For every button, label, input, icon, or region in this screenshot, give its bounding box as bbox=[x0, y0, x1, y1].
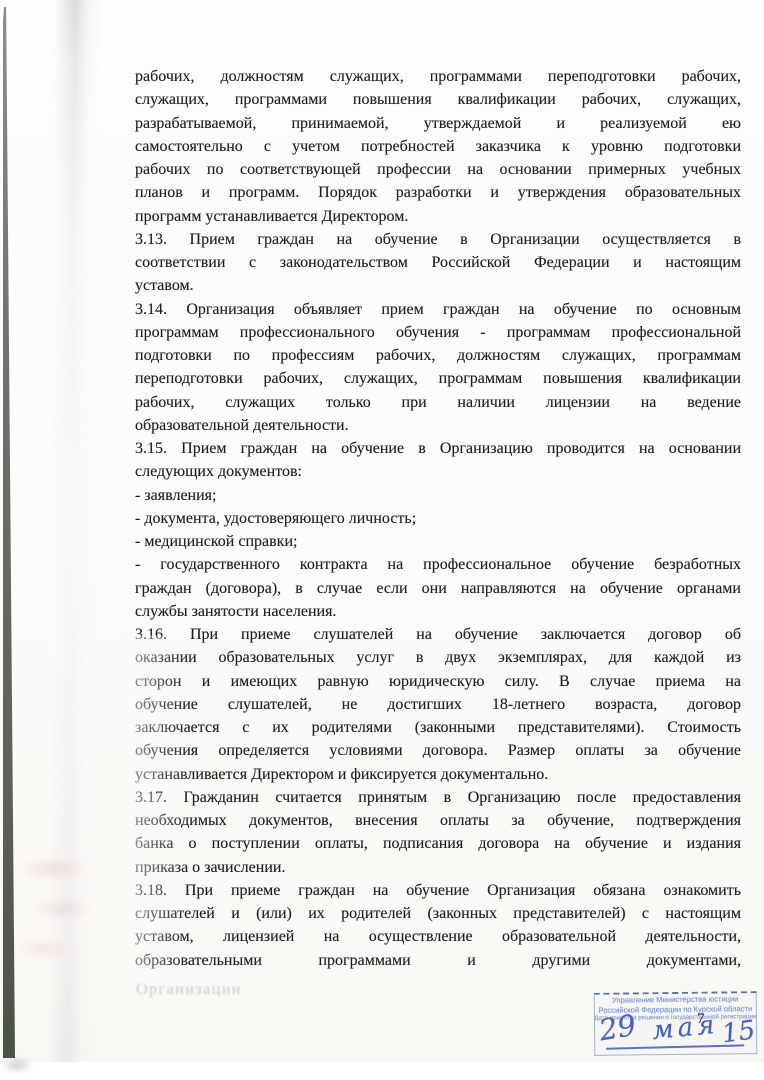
text-line: 3.13. Прием граждан на обучение в Органи… bbox=[135, 228, 741, 251]
text-line: - государственного контракта на професси… bbox=[135, 553, 741, 576]
text-line: переподготовки рабочих, служащих, програ… bbox=[135, 367, 741, 390]
registration-stamp: Управление Министерства юстиции Российск… bbox=[594, 991, 758, 1056]
document-text: рабочих, должностям служащих, программам… bbox=[135, 65, 741, 972]
scan-fade-overlay bbox=[128, 635, 190, 985]
text-line: 3.14. Организация объявляет прием гражда… bbox=[135, 298, 741, 321]
text-line: 3.18. При приеме граждан на обучение Орг… bbox=[135, 879, 741, 902]
text-line: сторон и имеющих равную юридическую силу… bbox=[135, 670, 741, 693]
text-line: программ устанавливается Директором. bbox=[135, 205, 741, 228]
text-line: необходимых документов, внесения оплаты … bbox=[135, 809, 741, 832]
text-line: 3.15. Прием граждан на обучение в Органи… bbox=[135, 437, 741, 460]
text-line: заключается с их родителями (законными п… bbox=[135, 716, 741, 739]
bleed-mark bbox=[18, 856, 88, 882]
scanned-document-view: рабочих, должностям служащих, программам… bbox=[0, 0, 764, 1080]
text-line: служащих, программами повышения квалифик… bbox=[135, 88, 741, 111]
text-line: граждан (договора), в случае если они на… bbox=[135, 577, 741, 600]
text-line: рабочих по соответствующей профессии на … bbox=[135, 158, 741, 181]
bleed-mark bbox=[30, 898, 92, 920]
handwritten-day: 29 bbox=[596, 1008, 638, 1048]
text-line: самостоятельно с учетом потребностей зак… bbox=[135, 135, 741, 158]
scan-bottom-smudge bbox=[0, 1056, 34, 1074]
text-line: устанавливается Директором и фиксируется… bbox=[135, 763, 741, 786]
text-line: рабочих, служащих только при наличии лиц… bbox=[135, 391, 741, 414]
bleed-mark bbox=[16, 938, 72, 960]
text-line: планов и программ. Порядок разработки и … bbox=[135, 181, 741, 204]
text-line: 3.16. При приеме слушателей на обучение … bbox=[135, 623, 741, 646]
text-line: рабочих, должностям служащих, программам… bbox=[135, 65, 741, 88]
text-line: программам профессионального обучения - … bbox=[135, 321, 741, 344]
page-number: 7 bbox=[697, 1011, 705, 1028]
text-line: слушателей и (или) их родителей (законны… bbox=[135, 902, 741, 925]
text-line: подготовки по профессиям рабочих, должно… bbox=[135, 344, 741, 367]
text-line: следующих документов: bbox=[135, 460, 741, 483]
text-line: образовательными программами и другими д… bbox=[135, 949, 741, 972]
text-line: - медицинской справки; bbox=[135, 530, 741, 553]
text-line: обучение слушателей, не достигших 18-лет… bbox=[135, 693, 741, 716]
text-line: уставом, лицензией на осуществление обра… bbox=[135, 925, 741, 948]
text-line: разрабатываемой, принимаемой, утверждаем… bbox=[135, 112, 741, 135]
text-line: - документа, удостоверяющего личность; bbox=[135, 507, 741, 530]
bleed-through-marks bbox=[12, 850, 112, 980]
text-line: оказании образовательных услуг в двух эк… bbox=[135, 646, 741, 669]
text-line: уставом. bbox=[135, 274, 741, 297]
text-line: службы занятости населения. bbox=[135, 600, 741, 623]
text-line: обучения определяется условиями договора… bbox=[135, 739, 741, 762]
text-line: банка о поступлении оплаты, подписания д… bbox=[135, 832, 741, 855]
text-line: образовательной деятельности. bbox=[135, 414, 741, 437]
text-line: соответствии с законодательством Российс… bbox=[135, 251, 741, 274]
text-line: - заявления; bbox=[135, 484, 741, 507]
text-line: приказа о зачислении. bbox=[135, 856, 741, 879]
text-line: 3.17. Гражданин считается принятым в Орг… bbox=[135, 786, 741, 809]
